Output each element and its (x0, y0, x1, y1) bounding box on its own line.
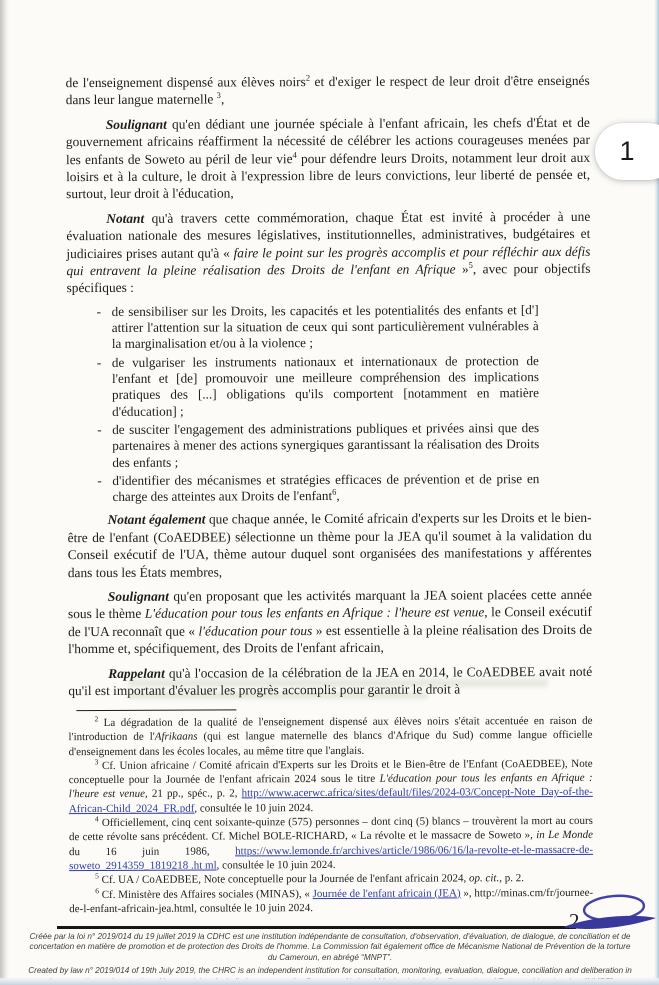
footer-rule (57, 926, 576, 929)
document-page: de l'enseignement dispensé aux élèves no… (0, 0, 659, 985)
paragraph-lead-word: Soulignant (106, 117, 167, 132)
handwritten-page-number: 2 (569, 909, 580, 933)
list-item-text: de sensibiliser sur les Droits, les capa… (112, 302, 539, 351)
list-item-text: d'identifier des mécanismes et stratégie… (112, 471, 539, 504)
quoted-italic-text: l'éducation pour tous (198, 623, 312, 638)
list-item: -de vulgariser les instruments nationaux… (112, 353, 539, 420)
paragraph-lead-word: Rappelant (108, 665, 165, 680)
footnote-4: 4 Officiellement, cinq cent soixante-qui… (69, 814, 593, 873)
list-item: -de sensibiliser sur les Droits, les cap… (112, 302, 539, 353)
footnote-text: , consultée le 10 juin 2024. (217, 859, 336, 872)
bullet-dash: - (97, 473, 101, 489)
page-content: de l'enseignement dispensé aux élèves no… (66, 72, 593, 707)
footnote-italic: in Le Monde (536, 829, 593, 841)
paragraph-rappelant: Rappelant qu'à l'occasion de la célébrat… (68, 663, 592, 700)
footnotes-section: 2 La dégradation de la qualité de l'ense… (68, 700, 593, 916)
paragraph-continuation: de l'enseignement dispensé aux élèves no… (66, 72, 590, 109)
footnote-6: 6 Cf. Ministère des Affaires sociales (M… (69, 885, 593, 916)
list-item-text: de susciter l'engagement des administrat… (112, 420, 539, 469)
footnote-3: 3 Cf. Union africaine / Comité africain … (69, 757, 593, 816)
footnote-2: 2 La dégradation de la qualité de l'ense… (68, 714, 592, 759)
body-text: de l'enseignement dispensé aux élèves no… (66, 74, 306, 90)
scan-edge-bottom (0, 977, 659, 985)
theme-title-italic: L'éducation pour tous les enfants en Afr… (145, 605, 485, 621)
paragraph-lead-word: Notant (106, 211, 144, 226)
body-text: , (221, 92, 224, 107)
list-item: -de susciter l'engagement des administra… (112, 420, 539, 471)
bullet-dash: - (97, 355, 101, 371)
body-text: » (456, 261, 469, 276)
footnote-text: Cf. UA / CoAEDBEE, Note conceptuelle pou… (99, 873, 469, 887)
footnote-text: Cf. Ministère des Affaires sociales (MIN… (99, 888, 313, 901)
list-item-text: , (336, 488, 339, 503)
footnote-text: , consultée le 10 juin 2024. (194, 802, 313, 815)
list-item: -d'identifier des mécanismes et stratégi… (112, 471, 539, 505)
objectives-list: -de sensibiliser sur les Droits, les cap… (67, 302, 592, 506)
page-indicator-bubble[interactable]: 1 (595, 123, 659, 180)
paragraph-notant-egalement: Notant également que chaque année, le Co… (68, 509, 592, 581)
footnote-text: du 16 juin 1986, (69, 845, 235, 858)
footer-text-french: Créée par la loi n° 2019/014 du 19 juill… (28, 932, 632, 963)
footnote-text: Officiellement, cinq cent soixante-quinz… (69, 815, 593, 844)
footnote-6-link[interactable]: Journée de l'enfant africain (JEA) (313, 887, 461, 900)
paragraph-soulignant-1: Soulignant qu'en dédiant une journée spé… (66, 114, 590, 203)
paragraph-soulignant-2: Soulignant qu'en proposant que les activ… (68, 586, 592, 658)
scan-edge-left (0, 0, 9, 985)
footnote-separator (76, 709, 236, 711)
page-indicator-number: 1 (619, 136, 634, 167)
list-item-text: de vulgariser les instruments nationaux … (112, 353, 539, 419)
paragraph-notant: Notant qu'à travers cette commémoration,… (66, 208, 590, 297)
footnote-text: , 21 pp., spéc., p. 2, (145, 788, 242, 800)
footnote-text: , p. 2. (499, 872, 524, 884)
bullet-dash: - (97, 422, 101, 438)
footnote-italic: Afrikaans (155, 731, 198, 743)
footnote-italic: op. cit. (469, 873, 499, 885)
paragraph-lead-word: Notant également (108, 512, 206, 527)
bullet-dash: - (97, 304, 101, 320)
page-number-2-stamp: 2 (556, 891, 659, 943)
paragraph-lead-word: Soulignant (108, 589, 169, 604)
